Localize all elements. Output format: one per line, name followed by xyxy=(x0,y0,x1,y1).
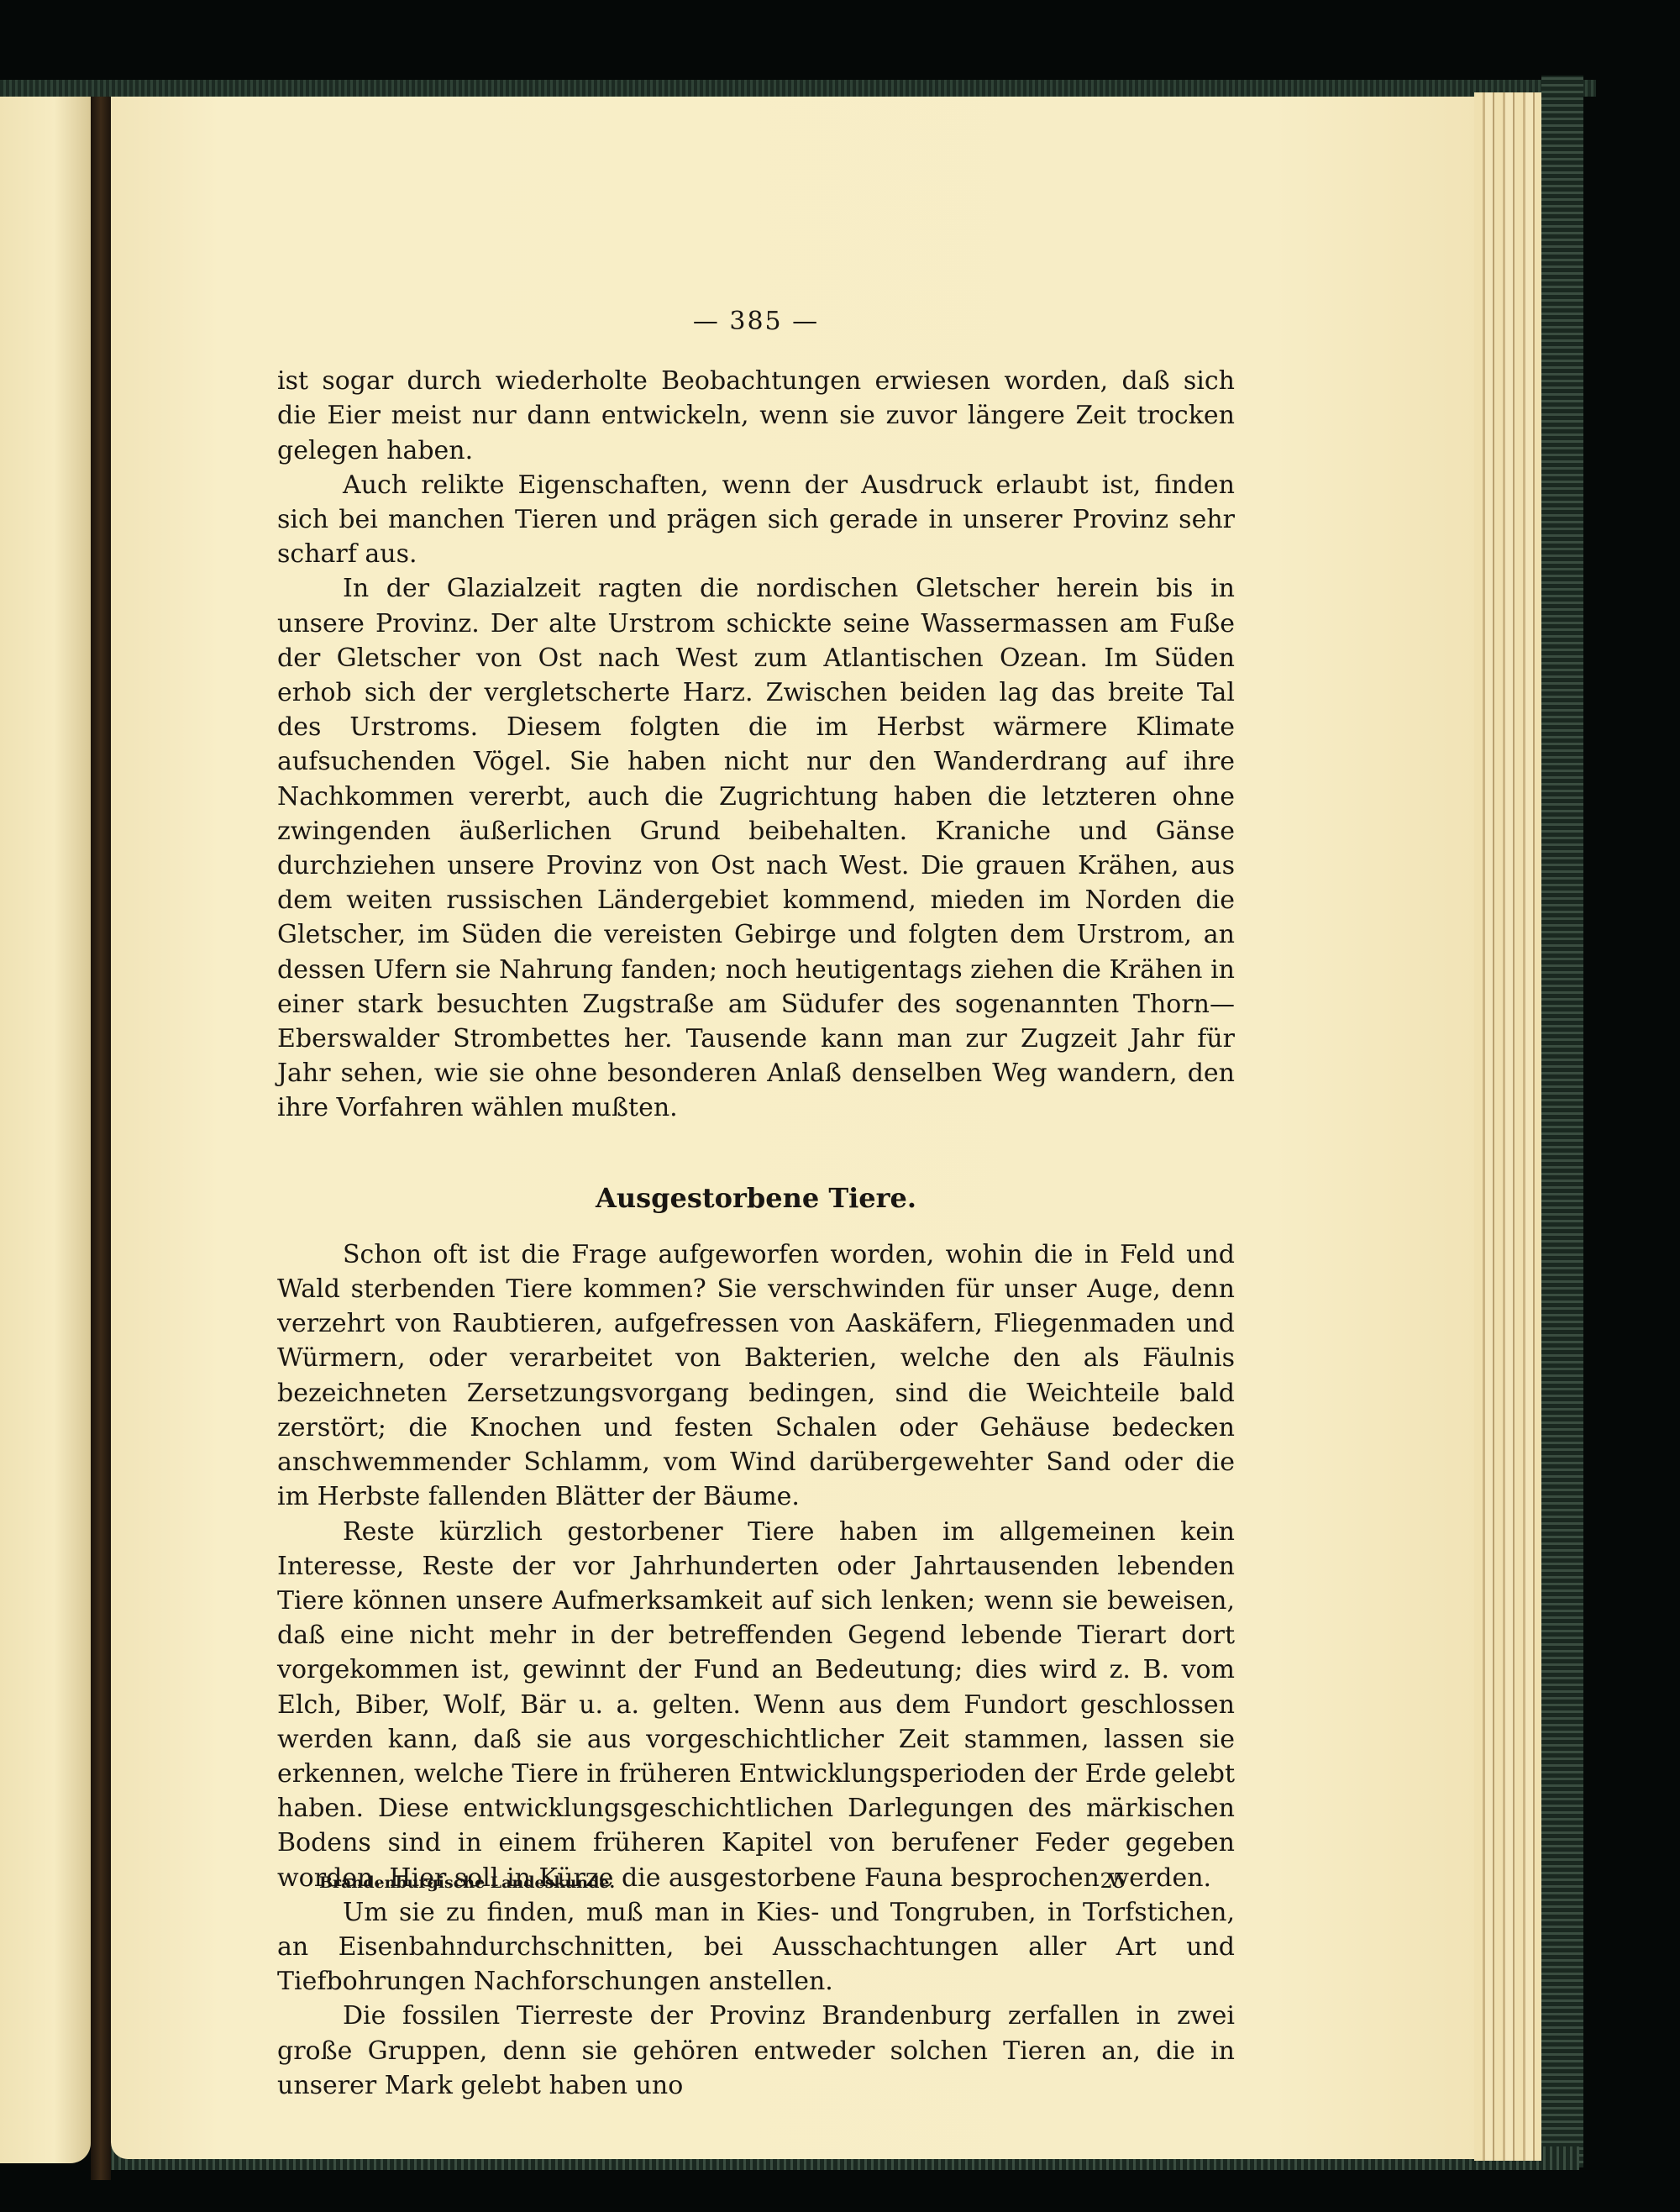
gathering-number: 25 xyxy=(1100,1869,1126,1893)
section-heading: Ausgestorbene Tiere. xyxy=(277,1181,1235,1216)
paragraph: ist sogar durch wiederholte Beobachtunge… xyxy=(277,364,1235,468)
paragraph: Auch relikte Eigenschaften, wenn der Aus… xyxy=(277,468,1235,572)
paragraph: Schon oft ist die Frage aufgeworfen word… xyxy=(277,1237,1235,1515)
facing-page-sliver xyxy=(0,97,91,2163)
book-cover-right-edge xyxy=(1541,76,1583,2167)
text-part-2: Schon oft ist die Frage aufgeworfen word… xyxy=(277,1237,1235,2103)
paragraph: In der Glazialzeit ragten die nordischen… xyxy=(277,571,1235,1125)
paragraph: Um sie zu finden, muß man in Kies- und T… xyxy=(277,1895,1235,1999)
paragraph: Reste kürzlich gestorbener Tiere haben i… xyxy=(277,1515,1235,1895)
signature-mark: Brandenburgische Landeskunde. xyxy=(319,1873,615,1892)
text-part-1: ist sogar durch wiederholte Beobachtunge… xyxy=(277,364,1235,1125)
book-gutter xyxy=(91,97,111,2180)
page-number: — 385 — xyxy=(277,304,1235,339)
page-text-block: — 385 — ist sogar durch wiederholte Beob… xyxy=(277,304,1235,2103)
book-cover-top-edge xyxy=(0,80,1596,97)
page-footer: Brandenburgische Landeskunde. 25 xyxy=(319,1858,1126,1893)
stacked-page-edges xyxy=(1474,92,1541,2161)
paragraph: Die fossilen Tierreste der Provinz Brand… xyxy=(277,1999,1235,2103)
